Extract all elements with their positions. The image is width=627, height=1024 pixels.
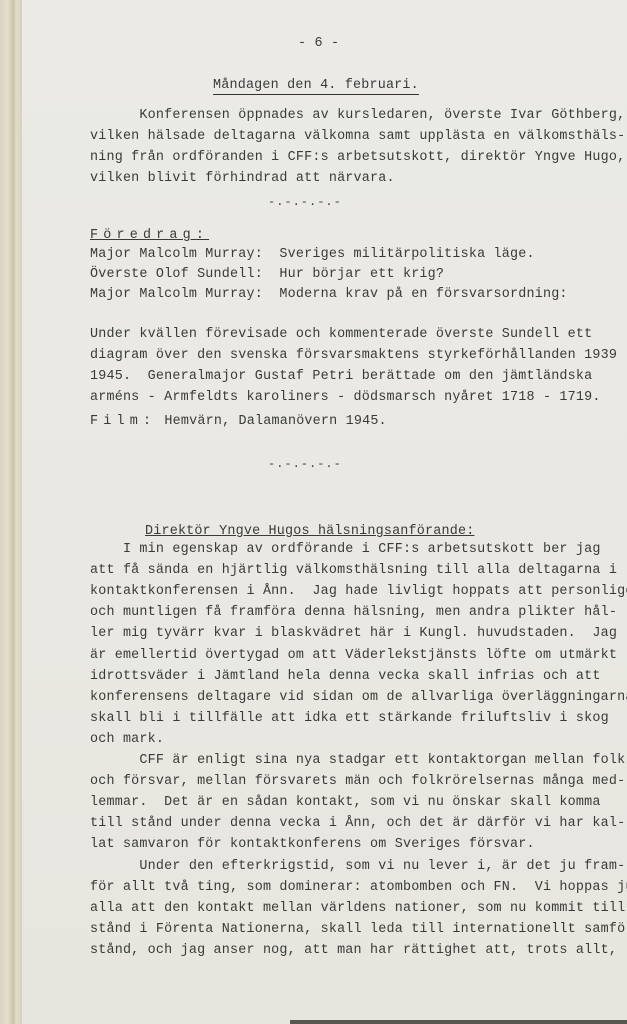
text-line: I min egenskap av ordförande i CFF:s arb… — [90, 542, 601, 557]
text-line: stånd, och jag anser nog, att man har rä… — [90, 943, 617, 958]
text-line: Under kvällen förevisade och kommenterad… — [90, 327, 592, 342]
text-line: ning från ordföranden i CFF:s arbetsutsk… — [90, 150, 625, 165]
text-line: och mark. — [90, 732, 164, 747]
text-line: vilken hälsade deltagarna välkomna samt … — [90, 129, 625, 144]
text-line: arméns - Armfeldts karoliners - dödsmars… — [90, 390, 601, 405]
film-line: Film: Hemvärn, Dalamanövern 1945. — [90, 414, 387, 429]
text-line: diagram över den svenska försvarsmaktens… — [90, 348, 627, 363]
lecture-speaker: Överste Olof Sundell: — [90, 267, 279, 282]
lecture-title: Hur börjar ett krig? — [279, 267, 444, 282]
text-line: skall bli i tillfälle att idka ett stärk… — [90, 711, 609, 726]
text-line: lemmar. Det är en sådan kontakt, som vi … — [90, 795, 601, 810]
film-label: Film: — [90, 414, 156, 429]
lecture-speaker: Major Malcolm Murray: — [90, 287, 279, 302]
text-line: för allt två ting, som dominerar: atombo… — [90, 880, 627, 895]
lectures-heading: Föredrag: — [90, 228, 209, 243]
lecture-title: Moderna krav på en försvarsordning: — [279, 287, 567, 302]
text-line: kontaktkonferensen i Ånn. Jag hade livli… — [90, 584, 627, 599]
text-line: CFF är enligt sina nya stadgar ett konta… — [90, 753, 625, 768]
text-line: alla att den kontakt mellan världens nat… — [90, 901, 625, 916]
lecture-item: Major Malcolm Murray: Moderna krav på en… — [90, 287, 568, 302]
day-heading: Måndagen den 4. februari. — [213, 78, 419, 95]
text-line: är emellertid övertygad om att Väderleks… — [90, 648, 617, 663]
lecture-item: Överste Olof Sundell: Hur börjar ett kri… — [90, 267, 444, 282]
film-text: Hemvärn, Dalamanövern 1945. — [156, 414, 387, 429]
text-line: Konferensen öppnades av kursledaren, öve… — [90, 108, 625, 123]
text-line: att få sända en hjärtlig välkomsthälsnin… — [90, 563, 617, 578]
text-line: och försvar, mellan försvarets män och f… — [90, 774, 625, 789]
binding-edge — [0, 0, 23, 1024]
speech-heading: Direktör Yngve Hugos hälsningsanförande: — [145, 524, 474, 539]
text-line: ler mig tyvärr kvar i blaskvädret här i … — [90, 626, 617, 641]
page-bottom-edge — [290, 1020, 627, 1024]
text-line: vilken blivit förhindrad att närvara. — [90, 171, 395, 186]
lecture-item: Major Malcolm Murray: Sveriges militärpo… — [90, 247, 535, 262]
separator-2: -.-.-.-.- — [268, 457, 342, 471]
text-line: stånd i Förenta Nationerna, skall leda t… — [90, 922, 627, 937]
text-line: Under den efterkrigstid, som vi nu lever… — [90, 859, 625, 874]
text-line: konferensens deltagare vid sidan om de a… — [90, 690, 627, 705]
page-number: - 6 - — [298, 36, 339, 51]
text-line: till stånd under denna vecka i Ånn, och … — [90, 816, 625, 831]
text-line: lat samvaron för kontaktkonferens om Sve… — [90, 837, 535, 852]
lecture-speaker: Major Malcolm Murray: — [90, 247, 279, 262]
text-line: idrottsväder i Jämtland hela denna vecka… — [90, 669, 601, 684]
text-line: 1945. Generalmajor Gustaf Petri berättad… — [90, 369, 592, 384]
lecture-title: Sveriges militärpolitiska läge. — [279, 247, 534, 262]
text-line: och muntligen få framföra denna hälsning… — [90, 605, 617, 620]
separator: -.-.-.-.- — [268, 195, 342, 209]
